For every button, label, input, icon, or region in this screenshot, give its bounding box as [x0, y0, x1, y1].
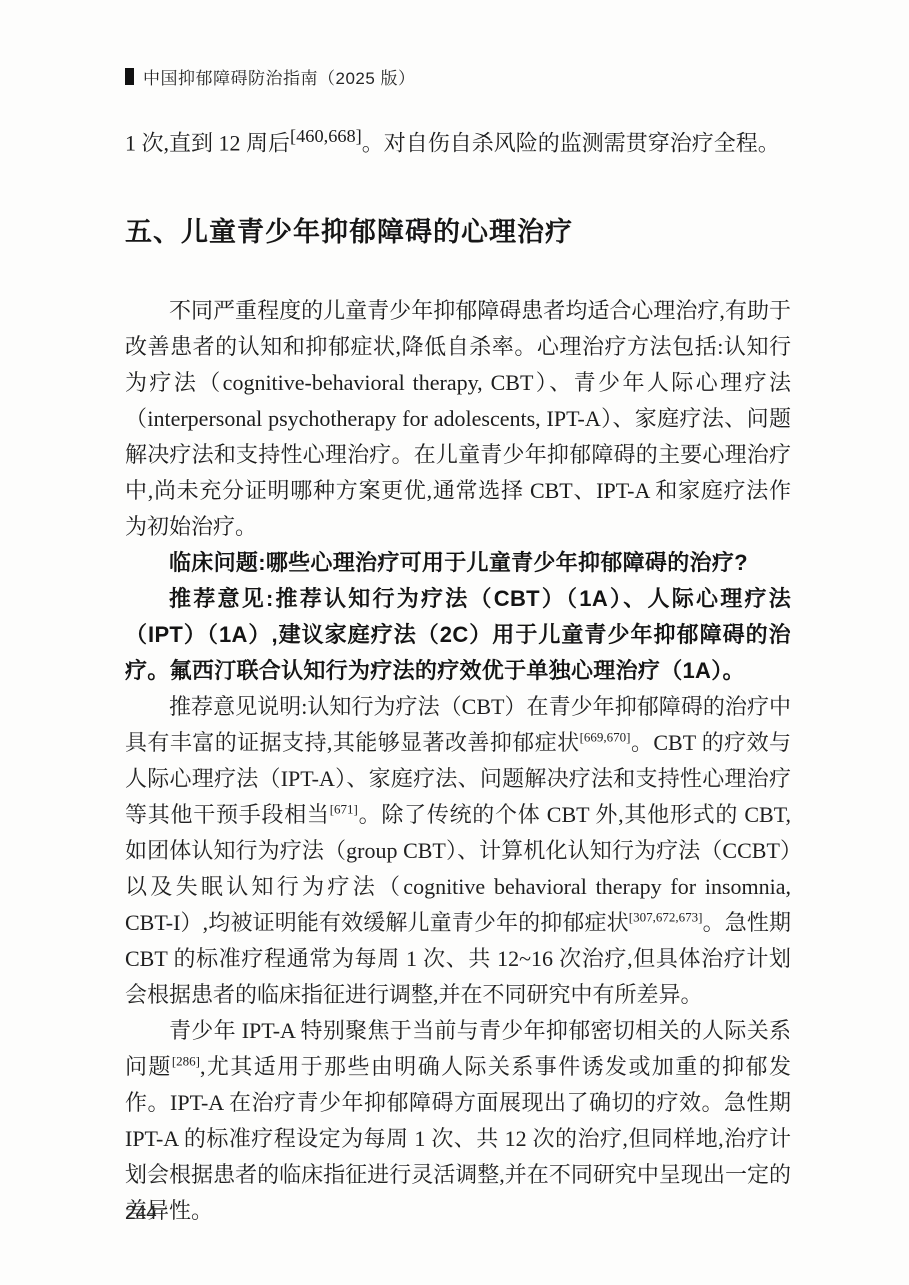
- citation-superscript: [460,668]: [290, 126, 362, 146]
- paragraphs: 不同严重程度的儿童青少年抑郁障碍患者均适合心理治疗,有助于改善患者的认知和抑郁症…: [125, 293, 791, 1229]
- carryover-paragraph: 1 次,直到 12 周后[460,668]。对自伤自杀风险的监测需贯穿治疗全程。: [125, 118, 791, 161]
- paragraph: 青少年 IPT-A 特别聚焦于当前与青少年抑郁密切相关的人际关系问题[286],…: [125, 1013, 791, 1229]
- book-page: 中国抑郁障碍防治指南（2025 版） 1 次,直到 12 周后[460,668]…: [0, 0, 909, 1285]
- citation-superscript: [307,672,673]: [629, 910, 703, 925]
- paragraph: 临床问题:哪些心理治疗可用于儿童青少年抑郁障碍的治疗?: [125, 545, 791, 581]
- page-number: 244: [125, 1203, 157, 1225]
- section-heading: 五、儿童青少年抑郁障碍的心理治疗: [125, 213, 791, 251]
- paragraph: 推荐意见说明:认知行为疗法（CBT）在青少年抑郁障碍的治疗中具有丰富的证据支持,…: [125, 689, 791, 1013]
- citation-superscript: [671]: [330, 802, 358, 817]
- citation-superscript: [286]: [172, 1054, 200, 1069]
- paragraph: 不同严重程度的儿童青少年抑郁障碍患者均适合心理治疗,有助于改善患者的认知和抑郁症…: [125, 293, 791, 545]
- citation-superscript: [669,670]: [580, 730, 631, 745]
- running-head-title: 中国抑郁障碍防治指南（2025 版）: [143, 64, 416, 89]
- section-bar-icon: [125, 68, 134, 85]
- paragraph: 推荐意见:推荐认知行为疗法（CBT）（1A）、人际心理疗法（IPT）（1A）,建…: [125, 581, 791, 689]
- running-head: 中国抑郁障碍防治指南（2025 版）: [125, 64, 791, 88]
